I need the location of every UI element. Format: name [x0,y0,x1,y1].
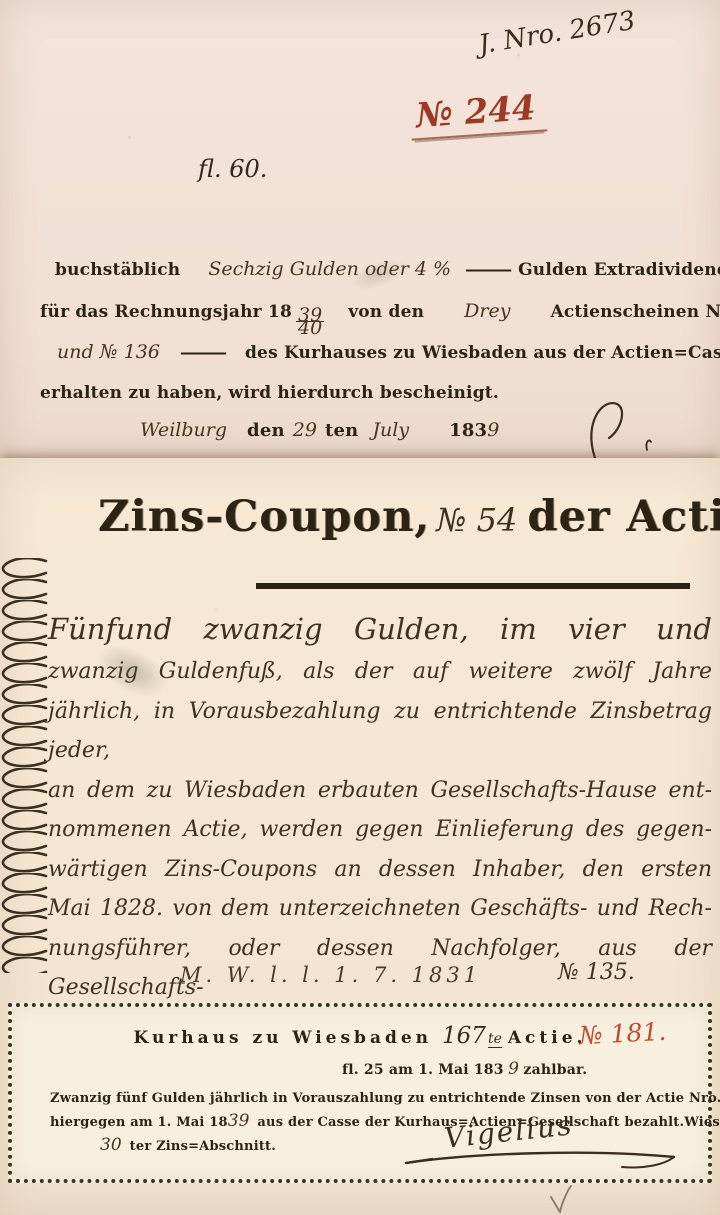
printed-kurhaus-casse: des Kurhauses zu Wiesbaden aus der Actie… [245,343,720,363]
receipt-line-2: für das Rechnungsjahr 18 39 40 von den D… [40,300,720,330]
handwritten-coupon-number: № 54 [436,501,517,539]
handwritten-month: July [372,419,409,441]
actie-talon-coupon: Kurhaus zu Wiesbaden 167 te Actie. № 181… [8,1003,712,1183]
handwritten-place: Weilburg [140,419,227,441]
handwritten-section-number: 30 [100,1135,122,1155]
printed-zins-abschnitt: ter Zins=Abschnitt. [130,1139,276,1154]
printed-den: den [247,420,285,441]
handwritten-year-fraction: 39 40 [296,309,324,334]
red-talon-number: № 181. [578,1017,667,1052]
coupon-title: Zins-Coupon, № 54 der Actien [98,492,720,542]
dividend-receipt: J. Nro. 2673 № 244 fl. 60. buchstäblich … [0,0,720,458]
body-line: wärtigen Zins-Coupons an dessen Inhaber,… [48,850,712,890]
printed-extradividende: Gulden Extradividende [518,260,720,280]
receipt-line-3: und № 136 ——— des Kurhauses zu Wiesbaden… [57,341,720,363]
body-line: jährlich, in Vorausbezahlung zu entricht… [48,692,712,771]
handwritten-date-fragment: M. W. l. l. 1. 7. 1831 [180,963,481,987]
title-der-actien: der Actien [527,492,720,542]
talon-body2-left: hiergegen am 1. Mai 18 39 aus der Casse … [50,1111,684,1131]
printed-hiergegen: hiergegen am 1. Mai 18 [50,1115,228,1130]
talon-body-line-1: Zwanzig fünf Gulden jährlich in Vorausza… [50,1087,670,1107]
printed-rechnungsjahr: für das Rechnungsjahr 18 [40,302,292,322]
printed-actienscheine: Actienscheinen Nro. [550,302,720,322]
amount-handwritten: fl. 60. [198,155,267,183]
printed-zahlbar: zahlbar. [523,1062,587,1078]
body-line: an dem zu Wiesbaden erbauten Gesellschaf… [48,771,712,811]
printed-buchstaeblich: buchstäblich [55,260,180,280]
body-line: nommenen Actie, werden gegen Einlieferun… [48,810,712,850]
fraction-denominator: 40 [298,322,322,334]
printed-year-prefix: 183 [449,420,487,441]
printed-dash: ——— [180,343,225,363]
printed-zinsen-text: Zwanzig fünf Gulden jährlich in Vorausza… [50,1091,720,1106]
printed-von-den: von den [348,302,424,322]
talon-section-line: 30 ter Zins=Abschnitt. [100,1135,276,1155]
printed-erhalten: erhalten zu haben, wird hierdurch besche… [40,383,499,403]
handwritten-count: Drey [464,300,510,322]
signature-swash [402,1145,682,1175]
handwritten-und-no136: und № 136 [57,341,160,363]
handwritten-year-digit: 9 [487,419,499,441]
receipt-date-line: Weilburg den 29 ten July 183 9 [140,419,499,441]
handwritten-amount-words: Sechzig Gulden oder 4 % [208,258,451,280]
handwritten-actie-number: 167 [442,1023,486,1049]
body-line: Mai 1828. von dem unterzeichneten Geschä… [48,889,712,929]
heading-rule [256,583,690,589]
receipt-line-4: erhalten zu haben, wird hierdurch besche… [40,383,499,403]
scanned-historic-document: J. Nro. 2673 № 244 fl. 60. buchstäblich … [0,0,720,1215]
handwritten-year-digit: 9 [508,1059,519,1079]
printed-ten: ten [325,420,358,441]
ink-flourish [565,392,655,462]
pencil-check-mark [545,1183,575,1215]
body-line: Fünfund zwanzig Gulden, im vier und [48,606,712,652]
handwritten-ordinal-suffix: te [488,1031,502,1048]
talon-body-line-2: hiergegen am 1. Mai 18 39 aus der Casse … [50,1111,670,1131]
printed-payable-a: fl. 25 am 1. Mai 183 [342,1062,504,1078]
docket-number-handwritten: J. Nro. 2673 [477,6,638,60]
printed-actie: Actie. [508,1028,587,1048]
handwritten-day: 29 [293,419,317,441]
red-control-number: № 244 [409,87,548,140]
printed-place-date: Wiesbaden, den 15. September 1833. [684,1115,720,1130]
printed-dash: ——— [465,260,510,280]
handwritten-no-135: № 135. [558,960,635,985]
talon-payable-line: fl. 25 am 1. Mai 183 9 zahlbar. [342,1059,587,1079]
printed-kurhaus-title: Kurhaus zu Wiesbaden [134,1028,432,1048]
title-zins-coupon: Zins-Coupon, [98,492,430,542]
coil-border-ornament [0,558,50,973]
handwritten-year-digits: 39 [228,1111,250,1131]
